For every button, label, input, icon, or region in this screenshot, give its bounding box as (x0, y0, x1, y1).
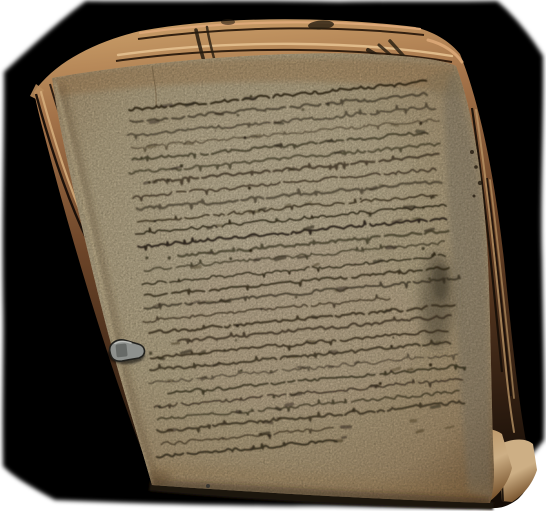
manuscript-svg (0, 0, 546, 511)
clasp-inner (115, 343, 127, 357)
manuscript-image (0, 0, 546, 511)
